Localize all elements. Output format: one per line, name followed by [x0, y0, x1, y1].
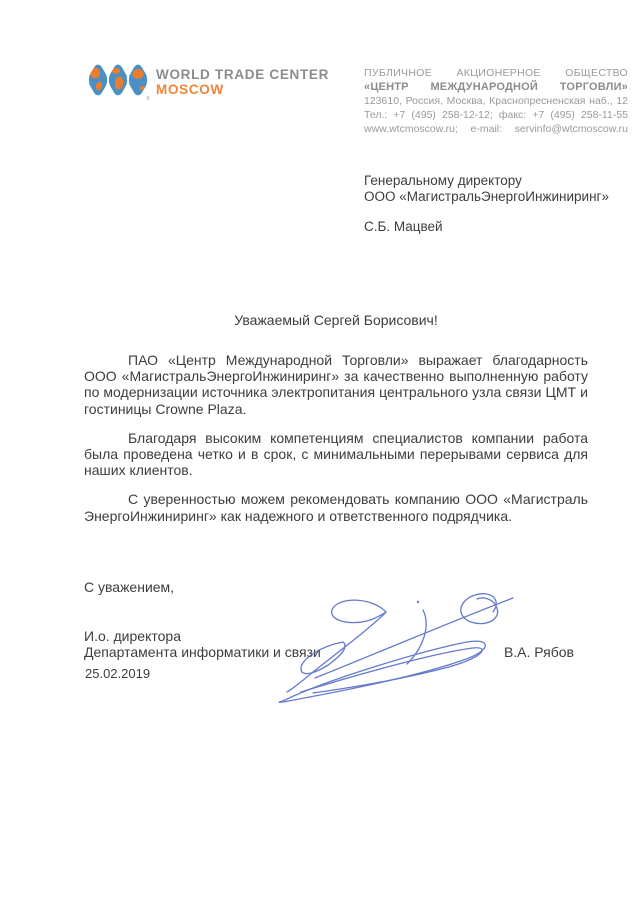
paragraph-2: Благодаря высоким компетенциям специалис…: [84, 430, 588, 479]
signatory-row: И.о. директора Департамента информатики …: [84, 628, 588, 660]
registered-trademark-glyph: ®: [146, 95, 150, 102]
org-phone-line: Тел.: +7 (495) 258-12-12; факс: +7 (495)…: [364, 109, 628, 123]
closing-line: С уважением,: [84, 579, 174, 595]
letter-page: ® WORLD TRADE CENTER MOSCOW ПУБЛИЧНОЕ АК…: [0, 0, 643, 909]
wtc-globes-icon: ®: [86, 60, 150, 102]
recipient-block: Генеральному директору ООО «МагистральЭн…: [364, 173, 609, 235]
signer-title-line1: И.о. директора: [84, 628, 321, 644]
org-type-line: ПУБЛИЧНОЕ АКЦИОНЕРНОЕ ОБЩЕСТВО: [364, 67, 628, 81]
org-address-line: 123610, Россия, Москва, Краснопресненска…: [364, 95, 628, 109]
paragraph-1: ПАО «Центр Международной Торговли» выраж…: [84, 352, 588, 417]
paragraph-3: С уверенностью можем рекомендовать компа…: [84, 491, 588, 523]
signer-title: И.о. директора Департамента информатики …: [84, 628, 321, 660]
logo-wordmark: WORLD TRADE CENTER MOSCOW: [156, 67, 329, 97]
org-web-line: www.wtcmoscow.ru; e-mail: servinfo@wtcmo…: [364, 123, 628, 137]
recipient-position: Генеральному директору: [364, 173, 609, 189]
logo-title: WORLD TRADE CENTER: [156, 67, 329, 82]
signer-title-line2: Департамента информатики и связи: [84, 644, 321, 660]
letter-date: 25.02.2019: [85, 666, 150, 681]
org-contact-block: ПУБЛИЧНОЕ АКЦИОНЕРНОЕ ОБЩЕСТВО «ЦЕНТР МЕ…: [364, 67, 628, 137]
org-name-line: «ЦЕНТР МЕЖДУНАРОДНОЙ ТОРГОВЛИ»: [364, 81, 628, 95]
logo-subtitle: MOSCOW: [156, 82, 329, 97]
recipient-company: ООО «МагистральЭнергоИнжиниринг»: [364, 189, 609, 205]
signer-name: В.А. Рябов: [504, 644, 588, 660]
salutation: Уважаемый Сергей Борисович!: [84, 312, 588, 328]
letter-body: ПАО «Центр Международной Торговли» выраж…: [84, 352, 588, 537]
recipient-name: С.Б. Мацвей: [364, 219, 609, 235]
